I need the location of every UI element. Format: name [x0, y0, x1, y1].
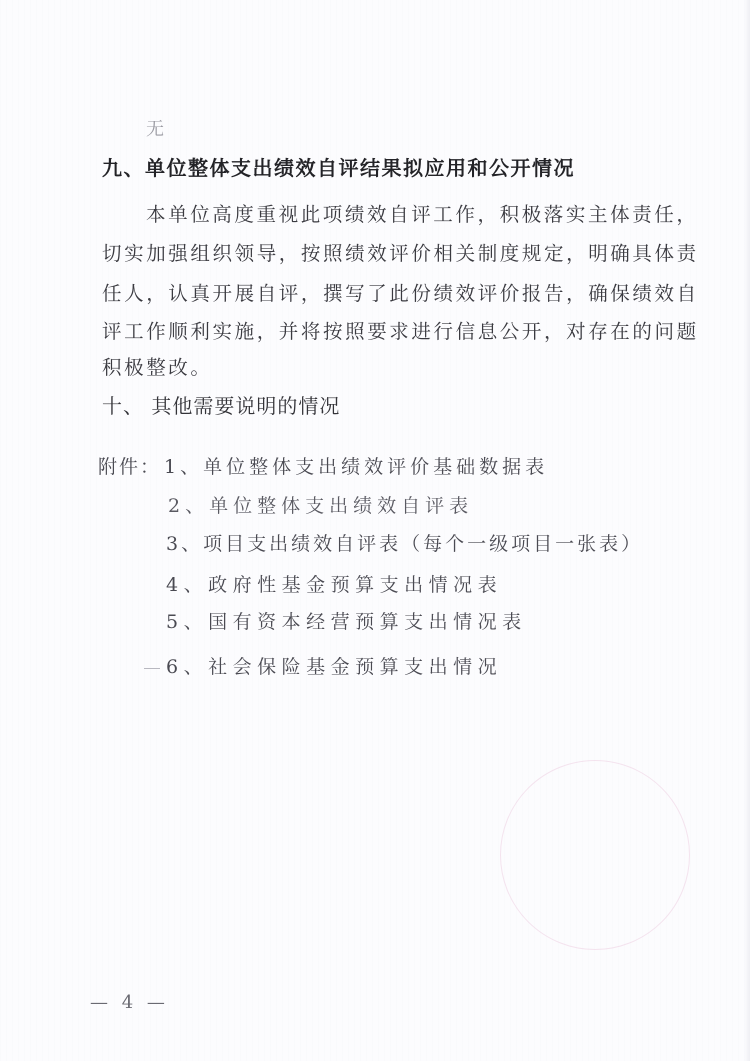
- none-text: 无: [146, 118, 164, 142]
- paragraph-line: 任人，认真开展自评，撰写了此份绩效评价报告，确保绩效自: [102, 282, 699, 306]
- attachment-item: 1、单位整体支出绩效评价基础数据表: [164, 455, 548, 479]
- attachment-item: 5、国有资本经营预算支出情况表: [166, 610, 527, 634]
- paragraph-line: 评工作顺利实施，并将按照要求进行信息公开，对存在的问题: [102, 320, 699, 344]
- paragraph-line: 本单位高度重视此项绩效自评工作，积极落实主体责任，: [146, 203, 699, 227]
- section-nine-heading: 九、单位整体支出绩效自评结果拟应用和公开情况: [102, 156, 575, 180]
- scan-edge-shadow: [744, 0, 750, 1061]
- faint-seal-stamp: [500, 760, 690, 950]
- attachments-label: 附件：: [98, 455, 161, 479]
- document-page: 无 九、单位整体支出绩效自评结果拟应用和公开情况 本单位高度重视此项绩效自评工作…: [0, 0, 750, 1061]
- section-ten-heading: 十、 其他需要说明的情况: [102, 394, 340, 418]
- paragraph-line: 积极整改。: [102, 356, 213, 380]
- paragraph-line: 切实加强组织领导，按照绩效评价相关制度规定，明确具体责: [102, 242, 699, 266]
- attachment-item: 2、单位整体支出绩效自评表: [168, 494, 473, 518]
- attachment-item: 6、社会保险基金预算支出情况: [166, 655, 502, 679]
- attachment-item: 3、项目支出绩效自评表（每个一级项目一张表）: [166, 532, 643, 556]
- stray-dash-mark: [144, 668, 160, 669]
- attachment-item: 4、政府性基金预算支出情况表: [166, 573, 502, 597]
- page-number: — 4 —: [90, 992, 169, 1013]
